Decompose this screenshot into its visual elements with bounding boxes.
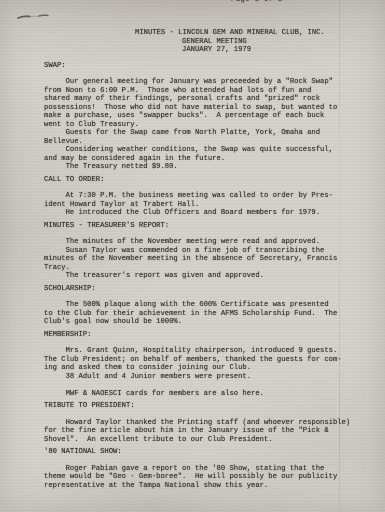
section-body: The 500% plaque along with the 600% Cert… [44,301,365,327]
section-body: Howard Taylor thanked the Printing staff… [44,419,365,445]
title-line-2: GENERAL MEETING [182,38,365,47]
section-body: The minutes of the November meeting were… [44,238,365,281]
document-section: MEMBERSHIP: Mrs. Grant Quinn, Hospitalit… [44,331,365,399]
title-line-1: MINUTES - LINCOLN GEM AND MINERAL CLUB, … [135,29,365,38]
section-heading: SCHOLARSHIP: [44,285,365,294]
document-section: CALL TO ORDER: At 7:30 P.M. the business… [44,176,365,218]
document-section: MINUTES - TREASURER'S REPORT: The minute… [44,222,365,281]
title-line-3: JANUARY 27, 1979 [182,46,365,55]
document-section: '80 NATIONAL SHOW: Roger Pabian gave a r… [44,448,365,490]
section-heading: TRIBUTE TO PRESIDENT: [44,402,365,411]
document-section: SWAP: Our general meeting for January wa… [44,62,365,172]
section-heading: CALL TO ORDER: [44,176,365,185]
document-content: MINUTES - LINCOLN GEM AND MINERAL CLUB, … [0,0,385,490]
document-section: TRIBUTE TO PRESIDENT: Howard Taylor than… [44,402,365,444]
section-body: Roger Pabian gave a report on the '80 Sh… [44,465,365,491]
scanned-document-page: Page 1 of 2 MINUTES - LINCOLN GEM AND MI… [0,0,385,512]
document-section: SCHOLARSHIP: The 500% plaque along with … [44,285,365,327]
section-heading: SWAP: [44,62,365,71]
sections-container: SWAP: Our general meeting for January wa… [44,62,365,491]
section-heading: MINUTES - TREASURER'S REPORT: [44,222,365,231]
document-title: MINUTES - LINCOLN GEM AND MINERAL CLUB, … [44,29,365,55]
section-body: Our general meeting for January was prec… [44,78,365,172]
section-body: Mrs. Grant Quinn, Hospitality chairperso… [44,347,365,398]
section-heading: MEMBERSHIP: [44,331,365,340]
section-heading: '80 NATIONAL SHOW: [44,448,365,457]
section-body: At 7:30 P.M. the business meeting was ca… [44,192,365,218]
